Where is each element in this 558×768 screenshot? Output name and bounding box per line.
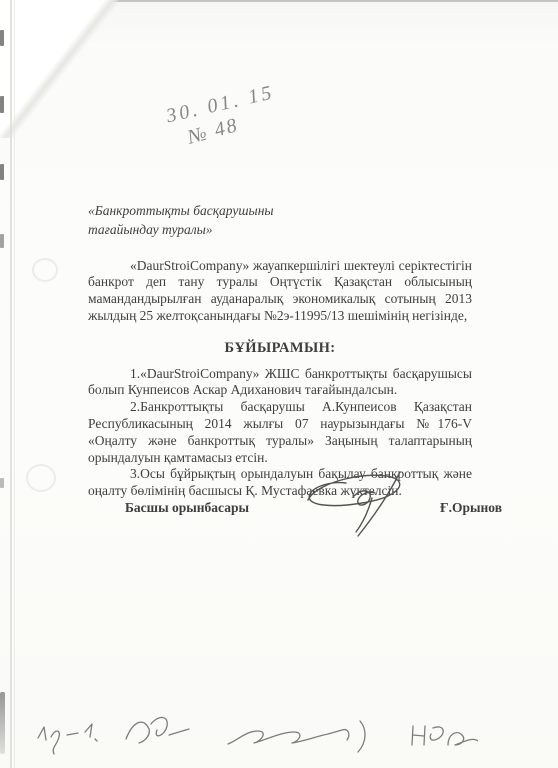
- scan-edge-mark: [0, 164, 4, 180]
- intro-paragraph: «DaurStroiCompany» жауапкершілігі шектеу…: [88, 258, 472, 325]
- signer-title: Басшы орынбасары: [125, 500, 249, 516]
- document-body: «Банкроттықты басқарушыны тағайындау тур…: [88, 203, 472, 500]
- signature-row: Басшы орынбасары Ғ.Орынов: [88, 500, 502, 516]
- scan-left-edge-line-2: [14, 0, 15, 768]
- scan-edge-smudge: [0, 692, 5, 754]
- subject-line-2: тағайындау туралы»: [88, 222, 472, 239]
- signature-scribble: [300, 468, 426, 542]
- order-item-2: 2.Банкроттықты басқарушы А.Кунпеисов Қаз…: [88, 399, 472, 466]
- scan-left-edge-line: [10, 0, 12, 768]
- scanned-document-page: 30. 01. 15 № 48 «Банкроттықты басқарушын…: [0, 0, 558, 768]
- scan-edge-mark: [0, 30, 4, 46]
- page-corner-fold: [0, 0, 118, 138]
- signer-name: Ғ.Орынов: [440, 500, 502, 516]
- order-heading: БҰЙЫРАМЫН:: [88, 340, 472, 357]
- handwritten-date-stamp: 30. 01. 15 № 48: [164, 80, 282, 152]
- handwritten-notes: [28, 708, 478, 764]
- order-item-1: 1.«DaurStroiCompany» ЖШС банкроттықты ба…: [88, 366, 472, 400]
- scan-edge-mark: [0, 478, 4, 488]
- scan-edge-mark: [0, 96, 4, 113]
- subject-line-1: «Банкроттықты басқарушыны: [88, 203, 472, 220]
- scan-edge-mark: [0, 234, 4, 248]
- document-subject: «Банкроттықты басқарушыны тағайындау тур…: [88, 203, 472, 239]
- hole-punch-mark: [26, 464, 56, 492]
- hole-punch-mark: [32, 258, 58, 282]
